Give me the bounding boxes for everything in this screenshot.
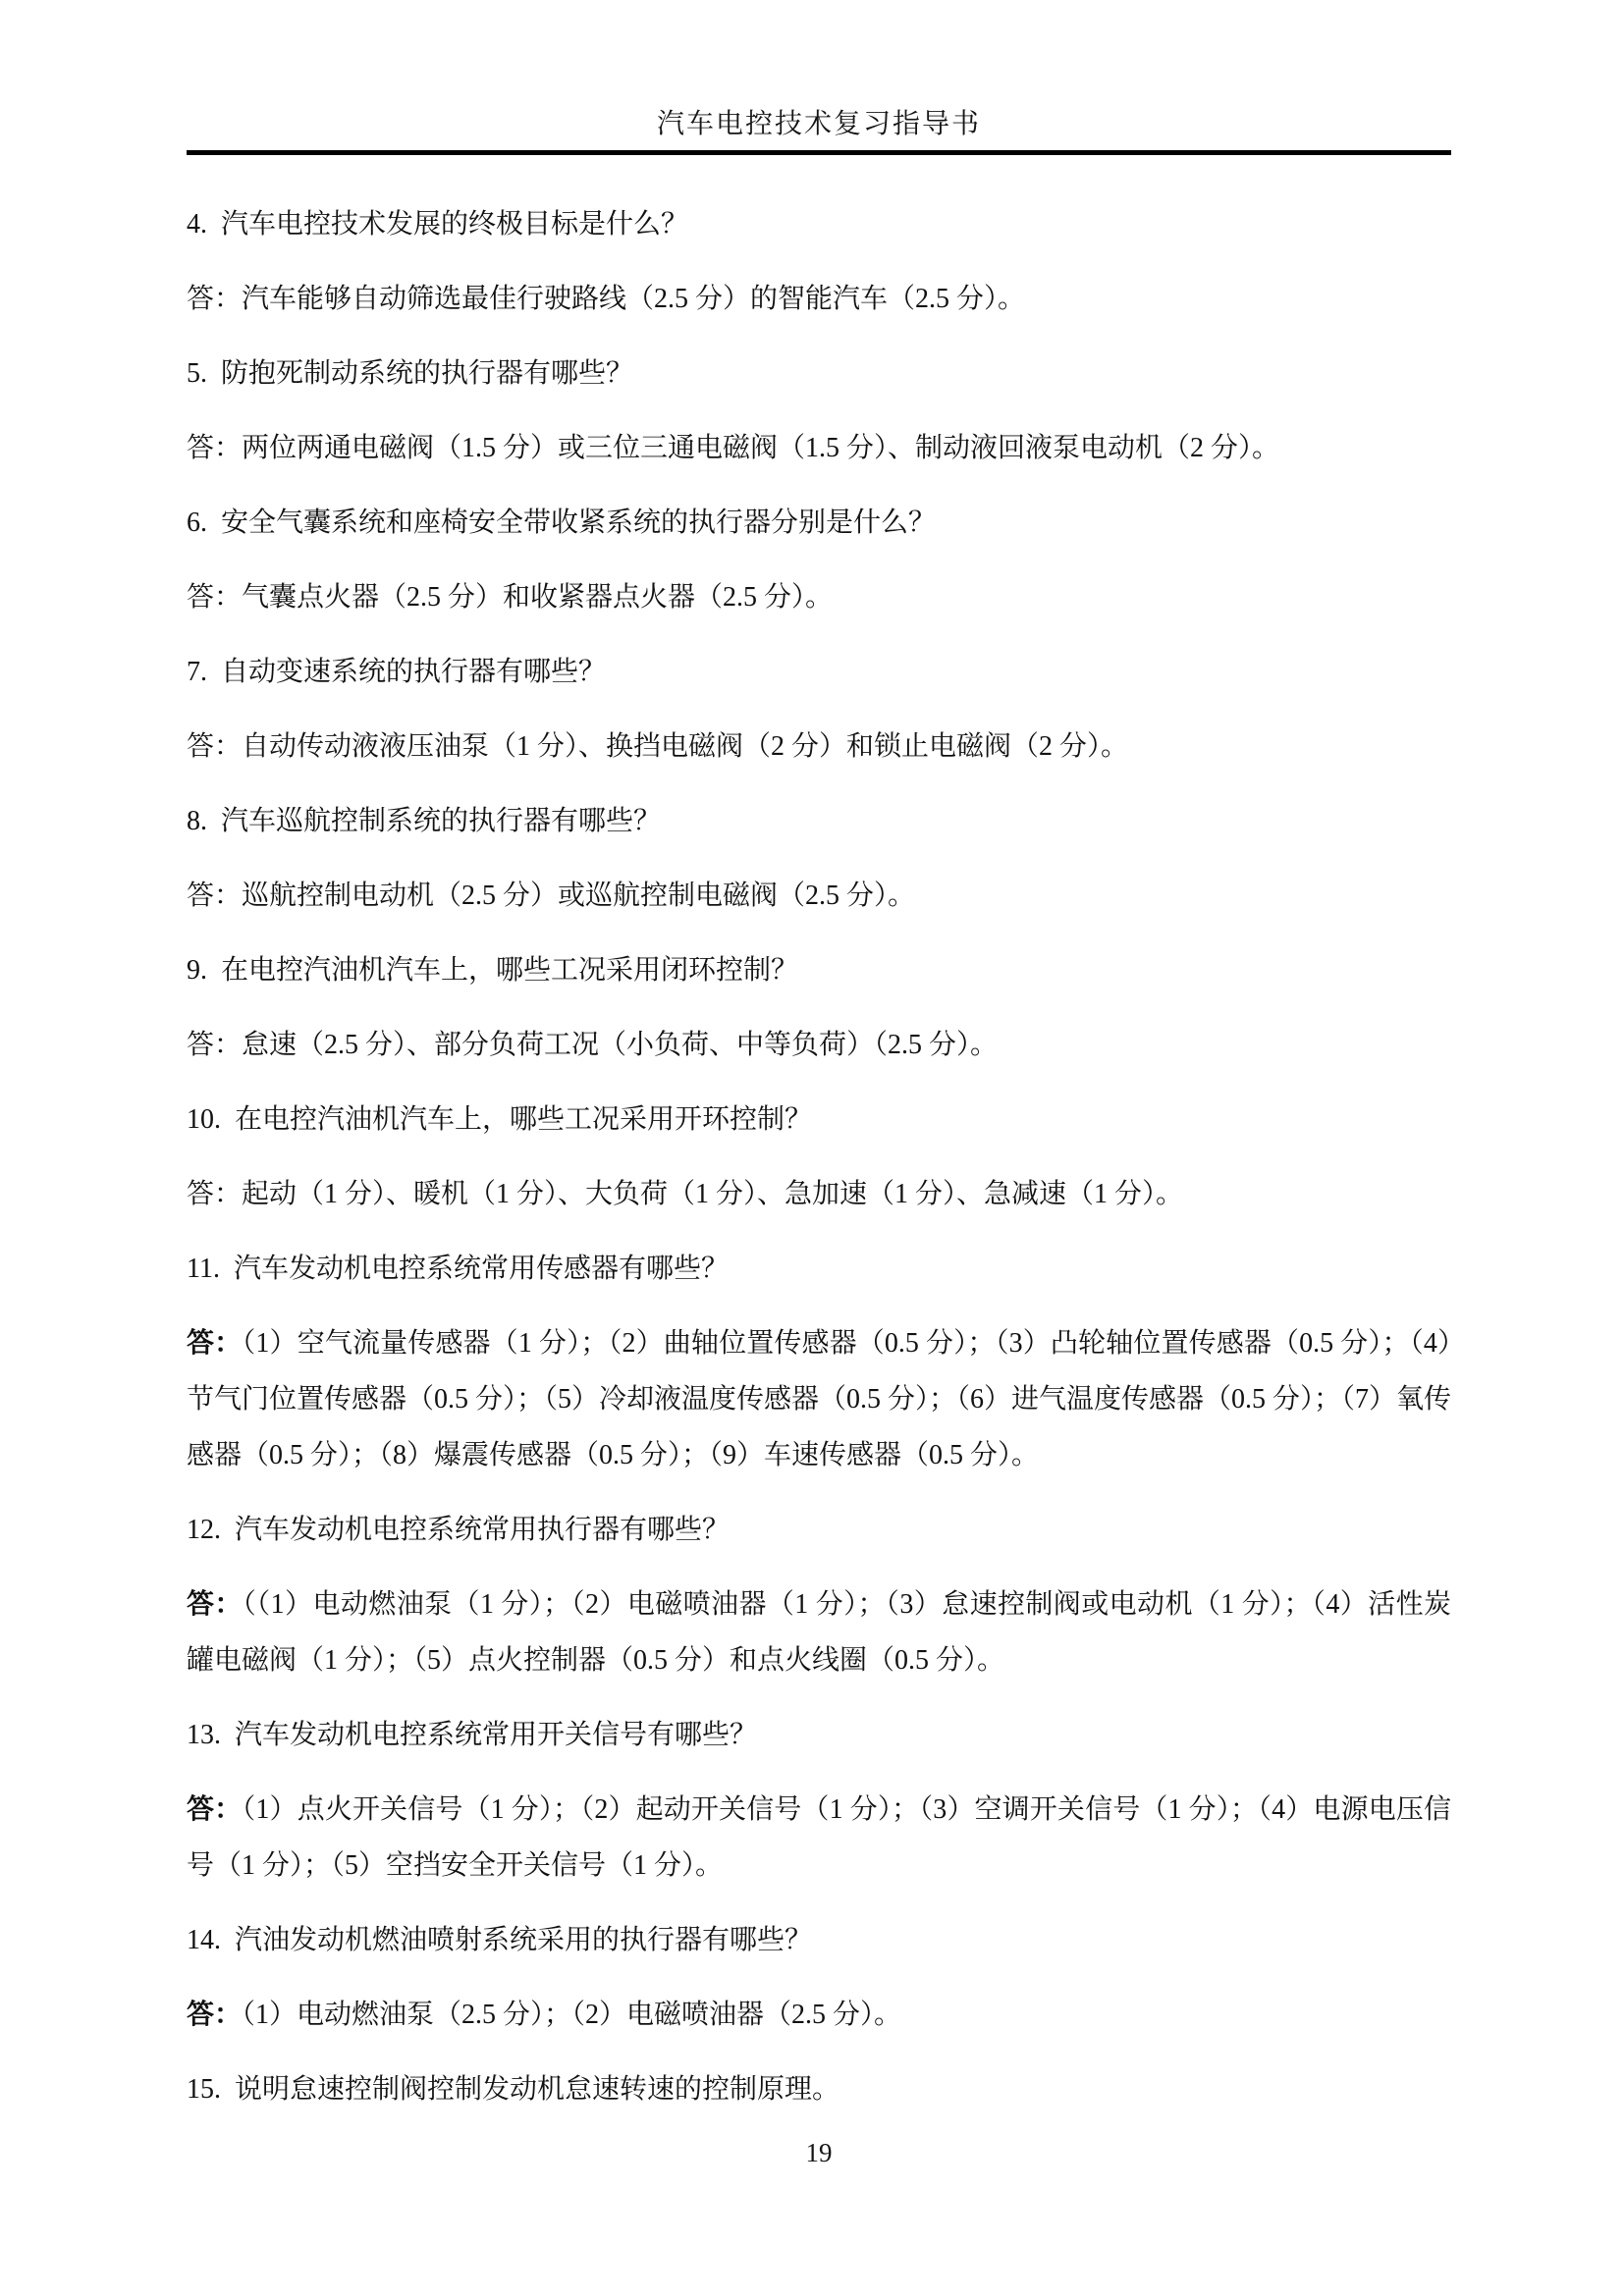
question-12: 12.汽车发动机电控系统常用执行器有哪些？ [187,1502,1451,1558]
answer-label: 答： [187,1179,242,1209]
page-number: 19 [187,2136,1451,2169]
answer-text: （1）电动燃油泵（2.5 分）；（2）电磁喷油器（2.5 分）。 [242,2000,901,2030]
question-number: 15. [187,2074,221,2105]
answer-text: 汽车能够自动筛选最佳行驶路线（2.5 分）的智能汽车（2.5 分）。 [242,284,1025,314]
answer-label: 答： [187,881,242,911]
answer-label: 答： [187,582,242,613]
question-number: 6. [187,507,207,538]
answer-text: （1）点火开关信号（1 分）；（2）起动开关信号（1 分）；（3）空调开关信号（… [187,1794,1451,1881]
question-4: 4.汽车电控技术发展的终极目标是什么？ [187,196,1451,252]
question-7: 7.自动变速系统的执行器有哪些？ [187,644,1451,700]
question-text: 在电控汽油机汽车上，哪些工况采用开环控制？ [235,1104,812,1135]
document-page: { "header": { "title": "汽车电控技术复习指导书" }, … [0,0,1624,2296]
question-number: 5. [187,358,207,389]
answer-label: 答： [187,284,242,314]
question-number: 4. [187,209,207,240]
answer-label: 答： [187,1589,243,1620]
answer-text: （（1）电动燃油泵（1 分）；（2）电磁喷油器（1 分）；（3）怠速控制阀或电动… [187,1589,1451,1676]
question-text: 汽车发动机电控系统常用开关信号有哪些？ [235,1720,757,1750]
question-text: 汽车巡航控制系统的执行器有哪些？ [221,806,661,836]
question-number: 12. [187,1515,221,1545]
answer-6: 答：气囊点火器（2.5 分）和收紧器点火器（2.5 分）。 [187,569,1451,625]
question-text: 汽油发动机燃油喷射系统采用的执行器有哪些？ [235,1925,812,1955]
answer-text: 怠速（2.5 分）、部分负荷工况（小负荷、中等负荷）（2.5 分）。 [242,1030,998,1060]
question-15: 15.说明怠速控制阀控制发动机怠速转速的控制原理。 [187,2061,1451,2117]
question-text: 防抱死制动系统的执行器有哪些？ [221,358,633,389]
answer-14: 答：（1）电动燃油泵（2.5 分）；（2）电磁喷油器（2.5 分）。 [187,1987,1451,2043]
answer-4: 答：汽车能够自动筛选最佳行驶路线（2.5 分）的智能汽车（2.5 分）。 [187,271,1451,327]
question-10: 10.在电控汽油机汽车上，哪些工况采用开环控制？ [187,1092,1451,1148]
answer-label: 答： [187,1794,242,1825]
qa-content: 4.汽车电控技术发展的终极目标是什么？ 答：汽车能够自动筛选最佳行驶路线（2.5… [187,155,1451,2169]
answer-text: 两位两通电磁阀（1.5 分）或三位三通电磁阀（1.5 分）、制动液回液泵电动机（… [242,433,1279,463]
answer-label: 答： [187,2000,242,2030]
question-text: 汽车电控技术发展的终极目标是什么？ [221,209,688,240]
question-number: 11. [187,1254,220,1284]
question-6: 6.安全气囊系统和座椅安全带收紧系统的执行器分别是什么？ [187,495,1451,551]
answer-text: 起动（1 分）、暖机（1 分）、大负荷（1 分）、急加速（1 分）、急减速（1 … [242,1179,1183,1209]
question-text: 自动变速系统的执行器有哪些？ [221,657,606,687]
answer-label: 答： [187,731,242,762]
answer-text: （1）空气流量传感器（1 分）；（2）曲轴位置传感器（0.5 分）；（3）凸轮轴… [187,1328,1451,1470]
answer-text: 自动传动液液压油泵（1 分）、换挡电磁阀（2 分）和锁止电磁阀（2 分）。 [242,731,1128,762]
question-text: 汽车发动机电控系统常用传感器有哪些？ [234,1254,729,1284]
question-14: 14.汽油发动机燃油喷射系统采用的执行器有哪些？ [187,1912,1451,1968]
answer-10: 答：起动（1 分）、暖机（1 分）、大负荷（1 分）、急加速（1 分）、急减速（… [187,1166,1451,1222]
answer-7: 答：自动传动液液压油泵（1 分）、换挡电磁阀（2 分）和锁止电磁阀（2 分）。 [187,719,1451,774]
answer-13: 答：（1）点火开关信号（1 分）；（2）起动开关信号（1 分）；（3）空调开关信… [187,1782,1451,1894]
question-number: 14. [187,1925,221,1955]
header-title: 汽车电控技术复习指导书 [187,0,1451,139]
question-11: 11.汽车发动机电控系统常用传感器有哪些？ [187,1241,1451,1297]
question-text: 在电控汽油机汽车上，哪些工况采用闭环控制？ [221,955,798,986]
answer-label: 答： [187,433,242,463]
answer-label: 答： [187,1328,242,1359]
question-number: 9. [187,955,207,986]
question-8: 8.汽车巡航控制系统的执行器有哪些？ [187,793,1451,849]
answer-11: 答：（1）空气流量传感器（1 分）；（2）曲轴位置传感器（0.5 分）；（3）凸… [187,1315,1451,1483]
answer-text: 气囊点火器（2.5 分）和收紧器点火器（2.5 分）。 [242,582,833,613]
question-5: 5.防抱死制动系统的执行器有哪些？ [187,346,1451,401]
answer-label: 答： [187,1030,242,1060]
question-number: 8. [187,806,207,836]
question-13: 13.汽车发动机电控系统常用开关信号有哪些？ [187,1707,1451,1763]
question-text: 安全气囊系统和座椅安全带收紧系统的执行器分别是什么？ [221,507,936,538]
question-number: 7. [187,657,207,687]
answer-12: 答：（（1）电动燃油泵（1 分）；（2）电磁喷油器（1 分）；（3）怠速控制阀或… [187,1576,1451,1688]
question-9: 9.在电控汽油机汽车上，哪些工况采用闭环控制？ [187,942,1451,998]
question-number: 13. [187,1720,221,1750]
answer-9: 答：怠速（2.5 分）、部分负荷工况（小负荷、中等负荷）（2.5 分）。 [187,1017,1451,1073]
answer-5: 答：两位两通电磁阀（1.5 分）或三位三通电磁阀（1.5 分）、制动液回液泵电动… [187,420,1451,476]
question-text: 说明怠速控制阀控制发动机怠速转速的控制原理。 [235,2074,839,2105]
question-text: 汽车发动机电控系统常用执行器有哪些？ [235,1515,730,1545]
page: 汽车电控技术复习指导书 4.汽车电控技术发展的终极目标是什么？ 答：汽车能够自动… [187,0,1451,2296]
answer-8: 答：巡航控制电动机（2.5 分）或巡航控制电磁阀（2.5 分）。 [187,868,1451,924]
question-number: 10. [187,1104,221,1135]
answer-text: 巡航控制电动机（2.5 分）或巡航控制电磁阀（2.5 分）。 [242,881,915,911]
